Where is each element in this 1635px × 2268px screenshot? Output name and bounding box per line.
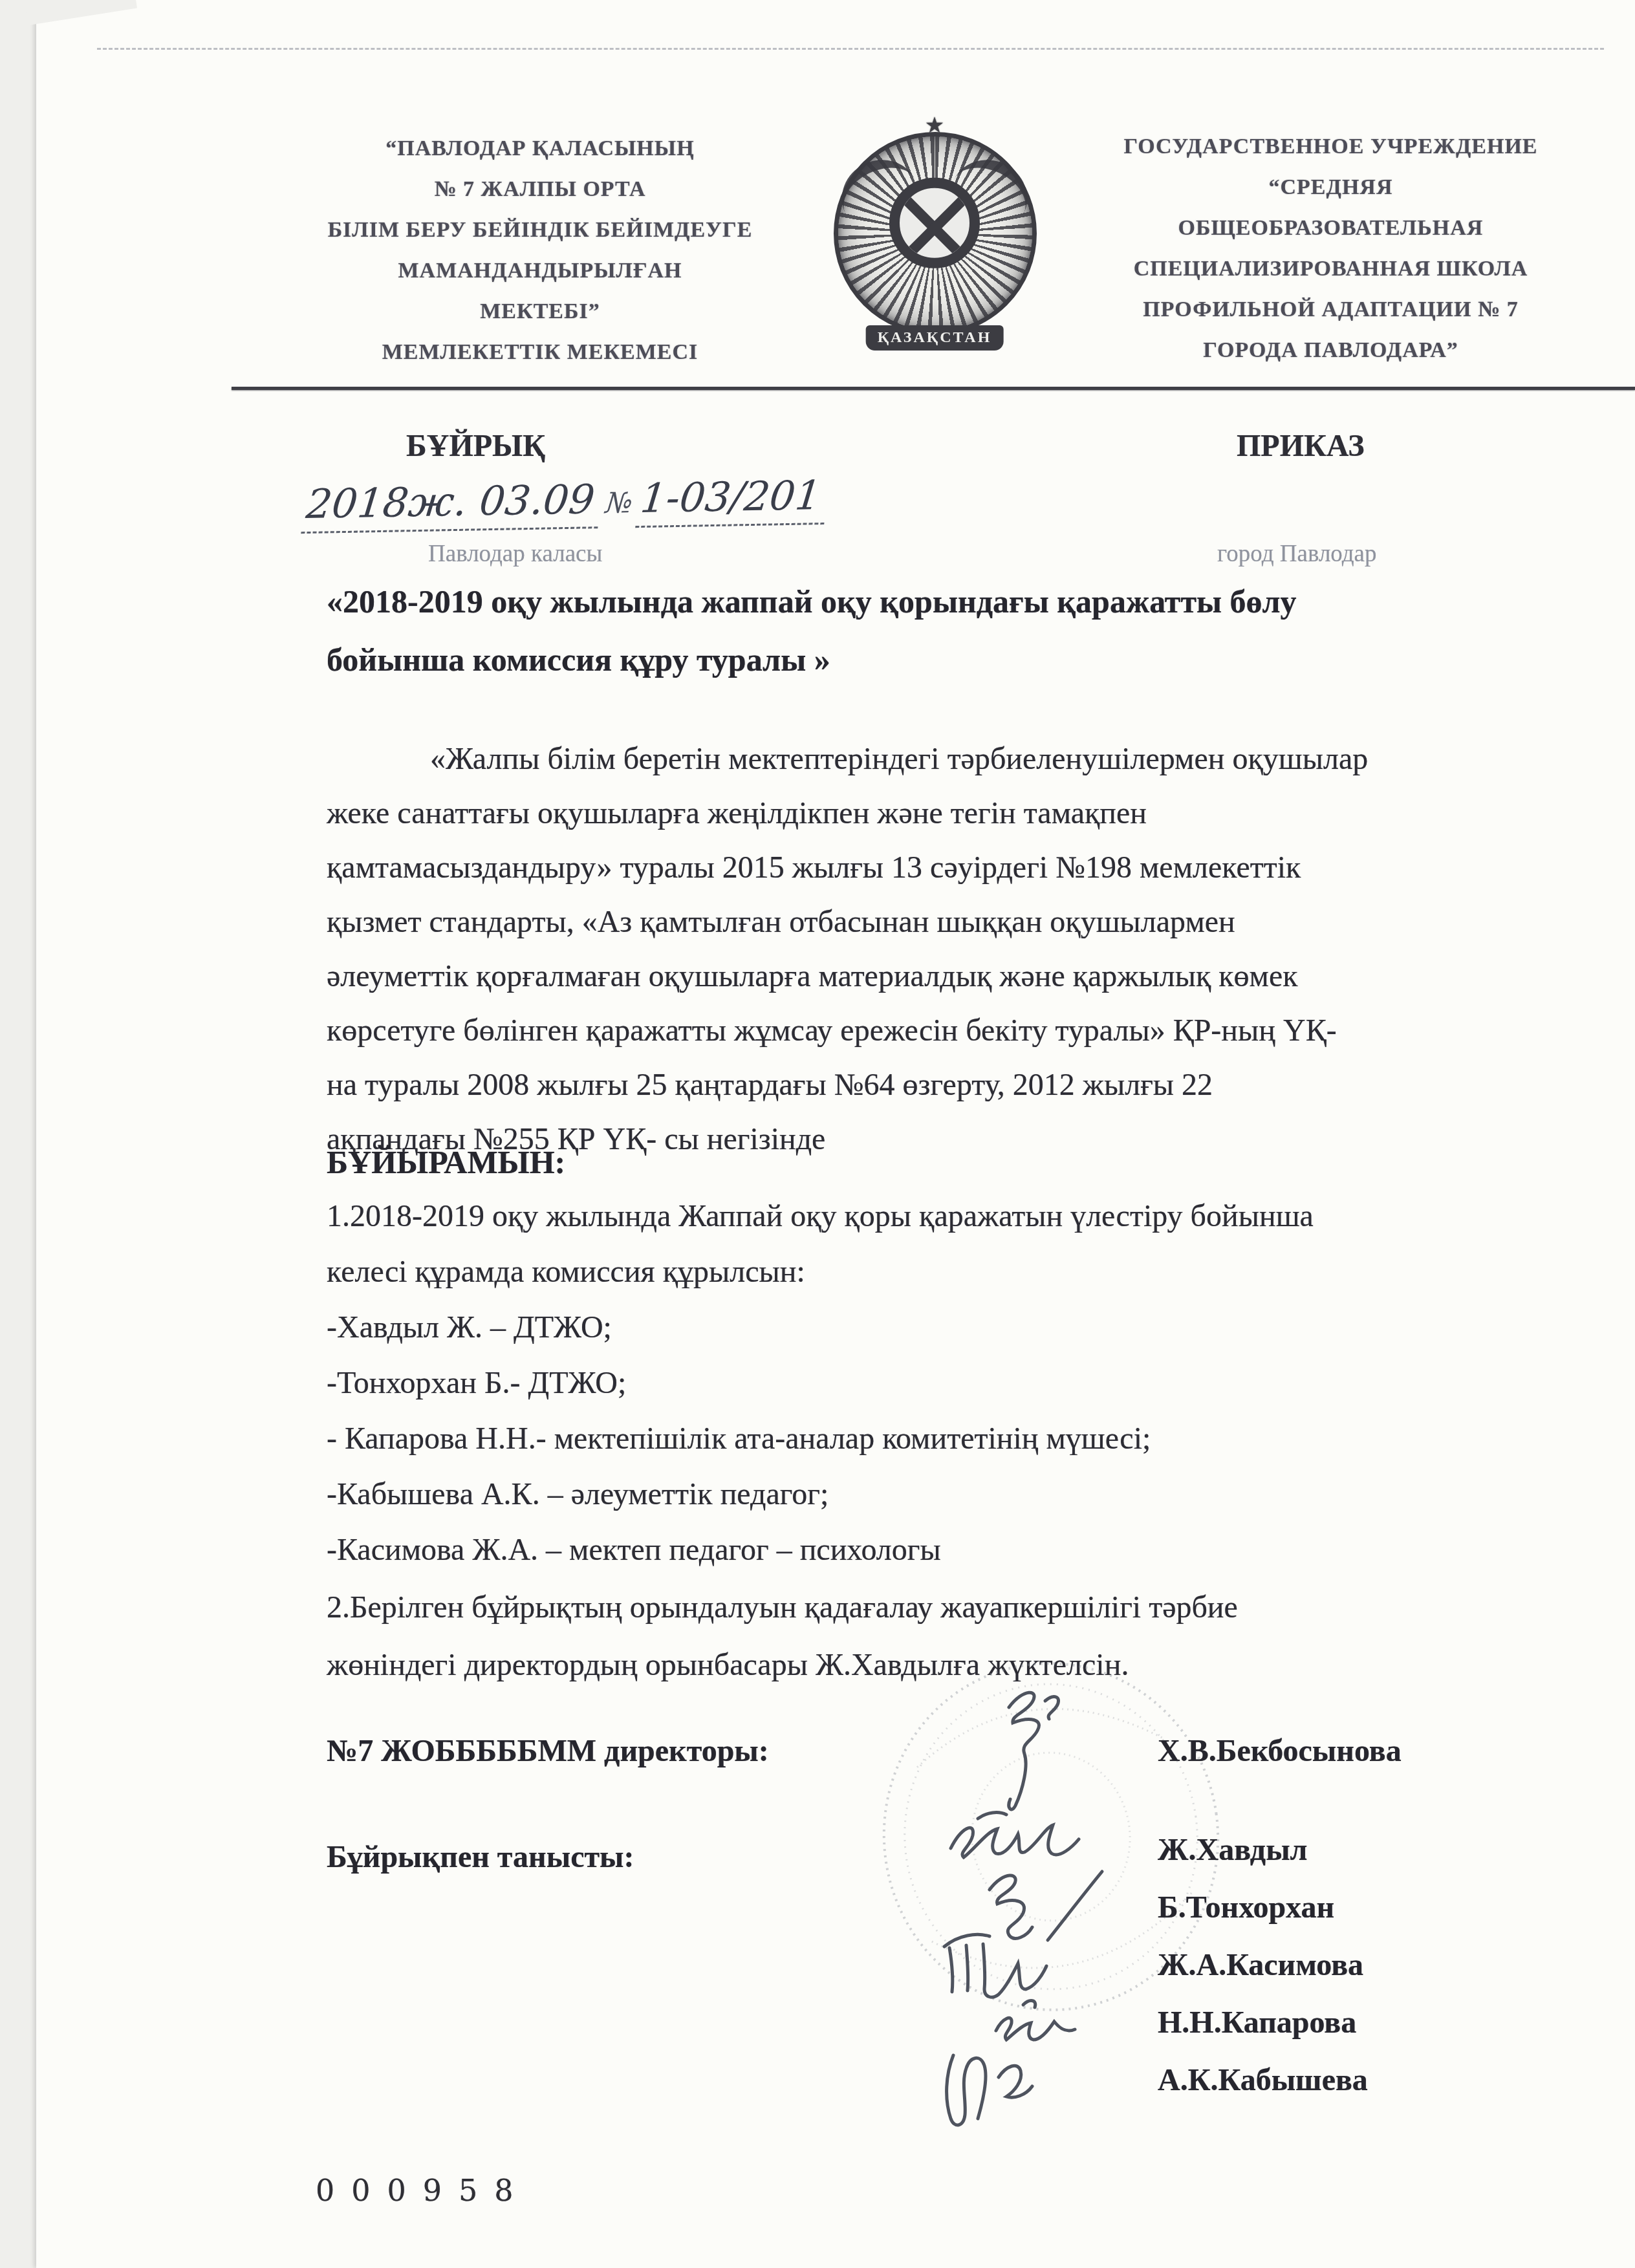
- org-name-kk-line: МАМАНДАНДЫРЫЛҒАН: [246, 250, 834, 291]
- order-title-line: «2018-2019 оқу жылында жаппай оқу қорынд…: [327, 572, 1627, 631]
- resolution-line: 1.2018-2019 оқу жылында Жаппай оқу қоры …: [327, 1189, 1627, 1244]
- form-serial-number: 000958: [316, 2173, 530, 2208]
- org-name-ru-line: “СРЕДНЯЯ: [1028, 167, 1633, 208]
- order-heading-kazakh: БҰЙРЫҚ: [406, 428, 545, 464]
- org-name-ru-line: ГОСУДАРСТВЕННОЕ УЧРЕЖДЕНИЕ: [1028, 126, 1633, 167]
- org-name-ru-line: ОБЩЕОБРАЗОВАТЕЛЬНАЯ: [1028, 208, 1633, 248]
- preamble-line: «Жалпы білім беретін мектептеріндегі тәр…: [327, 732, 1627, 786]
- org-name-kazakh: “ПАВЛОДАР ҚАЛАСЫНЫҢ № 7 ЖАЛПЫ ОРТА БІЛІМ…: [246, 128, 834, 373]
- director-name: Х.В.Бекбосынова: [1158, 1733, 1402, 1769]
- resolution-list: 1.2018-2019 оқу жылында Жаппай оқу қоры …: [327, 1189, 1627, 1578]
- preamble-line: қамтамасыздандыру» туралы 2015 жылғы 13 …: [327, 841, 1627, 895]
- order-title-line: бойынша комиссия құру туралы »: [327, 631, 1627, 689]
- acquainted-label: Бұйрықпен танысты:: [327, 1839, 634, 1875]
- acquainted-person: Н.Н.Капарова: [1158, 1994, 1368, 2051]
- acquainted-person: Ж.Хавдыл: [1158, 1821, 1368, 1879]
- preamble-line: на туралы 2008 жылғы 25 қаңтардағы №64 ө…: [327, 1058, 1627, 1112]
- acquainted-person: Б.Тонхорхан: [1158, 1879, 1368, 1936]
- org-name-kk-line: “ПАВЛОДАР ҚАЛАСЫНЫҢ: [246, 128, 834, 169]
- scan-artifact-line: [97, 48, 1604, 50]
- commission-member: - Капарова Н.Н.- мектепішілік ата-аналар…: [327, 1411, 1627, 1467]
- emblem-banner-text: ҚАЗАҚСТАН: [866, 325, 1004, 351]
- kazakhstan-coat-of-arms-icon: ★ ҚАЗАҚСТАН: [830, 115, 1039, 369]
- signature-kabysheva-icon: [931, 2037, 1080, 2134]
- handwritten-order-number: 1-03/201: [635, 471, 830, 528]
- emblem-shanyrak: [889, 178, 980, 268]
- org-name-kk-line: БІЛІМ БЕРУ БЕЙІНДІК БЕЙІМДЕУГЕ: [246, 210, 834, 250]
- acquainted-person: Ж.А.Касимова: [1158, 1936, 1368, 1994]
- place-russian: город Павлодар: [1217, 540, 1377, 568]
- org-name-russian: ГОСУДАРСТВЕННОЕ УЧРЕЖДЕНИЕ “СРЕДНЯЯ ОБЩЕ…: [1028, 126, 1633, 371]
- preamble-line: қызмет стандарты, «Аз қамтылған отбасына…: [327, 895, 1627, 949]
- resolution-line: келесі құрамда комиссия құрылсын:: [327, 1244, 1627, 1300]
- preamble-line: әлеуметтік қорғалмаған оқушыларға матери…: [327, 949, 1627, 1004]
- commission-member: -Кабышева А.К. – әлеуметтік педагог;: [327, 1467, 1627, 1522]
- header-divider-line: [232, 387, 1635, 390]
- number-sign: №: [599, 486, 640, 520]
- commission-member: -Тонхорхан Б.- ДТЖО;: [327, 1355, 1627, 1411]
- org-name-ru-line: СПЕЦИАЛИЗИРОВАННАЯ ШКОЛА: [1028, 248, 1633, 289]
- handwritten-date: 2018ж. 03.09: [301, 475, 603, 534]
- order-preamble: «Жалпы білім беретін мектептеріндегі тәр…: [327, 732, 1627, 1167]
- director-label: №7 ЖОБББББММ директоры:: [327, 1733, 769, 1769]
- scanned-document: “ПАВЛОДАР ҚАЛАСЫНЫҢ № 7 ЖАЛПЫ ОРТА БІЛІМ…: [0, 0, 1635, 2268]
- preamble-line: көрсетуге бөлінген қаражатты жұмсау ереж…: [327, 1004, 1627, 1058]
- commission-member: -Хавдыл Ж. – ДТЖО;: [327, 1300, 1627, 1355]
- acquainted-person: А.К.Кабышева: [1158, 2051, 1368, 2109]
- commission-member: -Касимова Ж.А. – мектеп педагог – психол…: [327, 1522, 1627, 1578]
- order-title: «2018-2019 оқу жылында жаппай оқу қорынд…: [327, 572, 1627, 689]
- order-heading-russian: ПРИКАЗ: [1237, 428, 1365, 464]
- preamble-line: жеке санаттағы оқушыларға жеңілдікпен жә…: [327, 786, 1627, 841]
- org-name-kk-line: МЕМЛЕКЕТТІК МЕКЕМЕСІ: [246, 332, 834, 373]
- org-name-ru-line: ПРОФИЛЬНОЙ АДАПТАЦИИ № 7: [1028, 289, 1633, 330]
- acquainted-names: Ж.Хавдыл Б.Тонхорхан Ж.А.Касимова Н.Н.Ка…: [1158, 1821, 1368, 2109]
- org-name-ru-line: ГОРОДА ПАВЛОДАРА”: [1028, 330, 1633, 371]
- place-kazakh: Павлодар каласы: [428, 540, 602, 568]
- point2-line: 2.Берілген бұйрықтың орындалуын қадағала…: [327, 1579, 1627, 1636]
- org-name-kk-line: МЕКТЕБІ”: [246, 291, 834, 332]
- resolution-heading: БҰЙЫРАМЫН:: [327, 1143, 565, 1181]
- org-name-kk-line: № 7 ЖАЛПЫ ОРТА: [246, 169, 834, 210]
- handwritten-date-number: 2018ж. 03.09№1-03/201: [301, 471, 830, 528]
